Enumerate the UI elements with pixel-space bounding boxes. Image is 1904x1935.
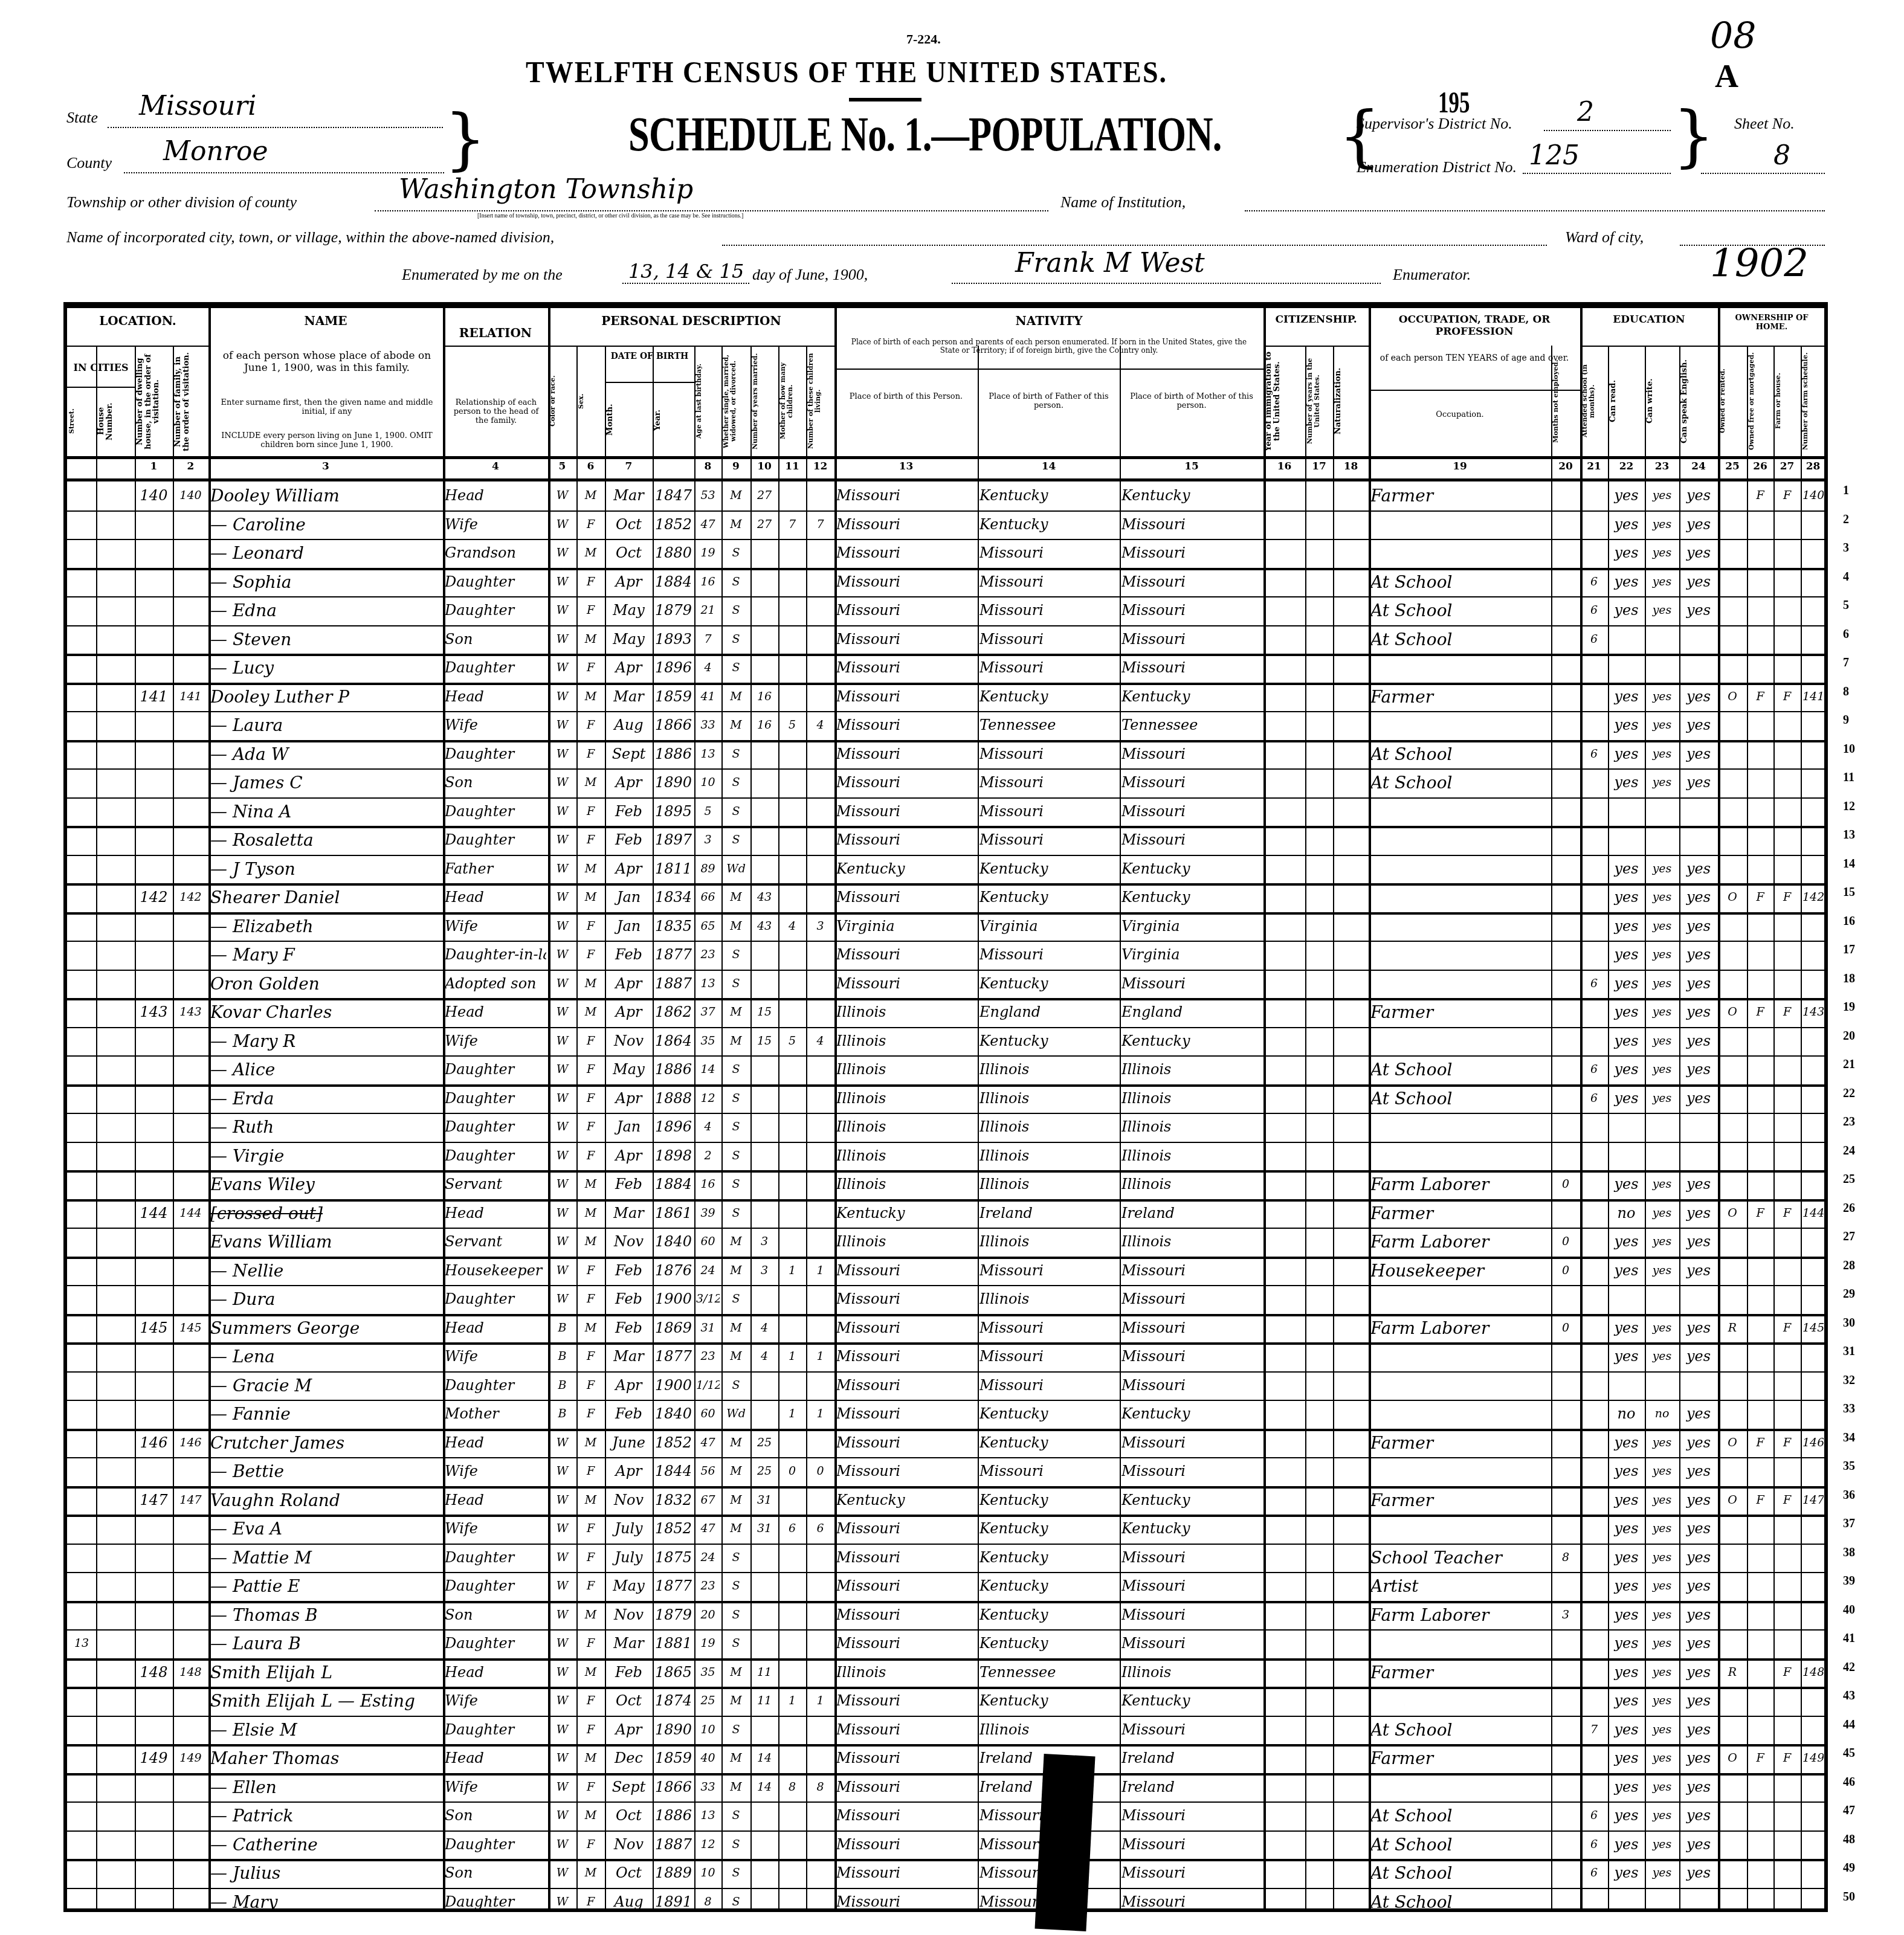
line-number: 1	[1843, 484, 1849, 498]
cell-write: yes	[1647, 1457, 1677, 1486]
cell-birth: Illinois	[836, 1055, 976, 1084]
cell-sex: F	[578, 1113, 603, 1141]
enumerated-suffix: day of June, 1900,	[752, 266, 868, 284]
cell-month: Feb	[607, 1658, 651, 1687]
line-number: 50	[1843, 1890, 1855, 1904]
cell-birth: Missouri	[836, 941, 976, 969]
cell-read: yes	[1610, 912, 1643, 941]
cell-house	[98, 941, 133, 969]
cell-birth: Missouri	[836, 1687, 976, 1715]
table-row: — BettieWifeWFApr184456M2500MissouriMiss…	[67, 1457, 1824, 1486]
cell-birth: Missouri	[836, 539, 976, 567]
cell-sched	[1802, 1544, 1824, 1572]
line-number: 5	[1843, 599, 1849, 613]
group-citizenship: CITIZENSHIP.	[1263, 314, 1369, 326]
cell-school: 6	[1582, 1055, 1606, 1084]
line-number: 15	[1843, 886, 1855, 900]
cell-father: Missouri	[979, 740, 1118, 768]
cell-yrs-us	[1307, 1429, 1331, 1457]
cell-family	[175, 1515, 207, 1543]
cell-age: 23	[696, 941, 720, 969]
cell-father: Missouri	[979, 1257, 1118, 1285]
cell-color: W	[550, 1170, 575, 1199]
cell-read: yes	[1610, 768, 1643, 797]
cell-age: 53	[696, 481, 720, 510]
cell-sex: M	[578, 1744, 603, 1772]
cell-free	[1749, 1170, 1772, 1199]
cell-sched: 145	[1802, 1314, 1824, 1342]
cell-owned	[1720, 797, 1745, 826]
cell-immig	[1265, 1716, 1303, 1744]
cell-family: 142	[175, 883, 207, 912]
cell-free	[1749, 1687, 1772, 1715]
cell-marital: S	[723, 1716, 749, 1744]
cell-owned	[1720, 568, 1745, 596]
cell-owned: O	[1720, 1429, 1745, 1457]
cell-read: yes	[1610, 1342, 1643, 1371]
cell-farm	[1775, 1170, 1799, 1199]
cell-natz	[1335, 654, 1367, 682]
cell-farm	[1775, 970, 1799, 998]
cell-yrs-married	[752, 1055, 776, 1084]
cell-mother-of	[780, 1486, 804, 1515]
column-label: House Number.	[97, 390, 134, 453]
cell-birth: Missouri	[836, 481, 976, 510]
cell-free	[1749, 1658, 1772, 1687]
cell-months	[1553, 1142, 1578, 1170]
cell-natz	[1335, 797, 1367, 826]
cell-free: F	[1749, 1429, 1772, 1457]
cell-living	[808, 654, 833, 682]
cell-birth: Missouri	[836, 1744, 976, 1772]
cell-living	[808, 1228, 833, 1256]
cell-farm	[1775, 1055, 1799, 1084]
cell-mother: Illinois	[1121, 1170, 1262, 1199]
cell-yrs-us	[1307, 1342, 1331, 1371]
cell-read: yes	[1610, 1773, 1643, 1801]
cell-read: no	[1610, 1199, 1643, 1228]
column-label: Sex.	[578, 349, 604, 453]
cell-name: Smith Elijah L	[210, 1658, 441, 1687]
table-row: — FannieMotherBFFeb184060Wd11MissouriKen…	[67, 1400, 1824, 1429]
cell-occupation: Farm Laborer	[1370, 1601, 1549, 1629]
cell-yrs-married	[752, 1400, 776, 1428]
cell-mother: Kentucky	[1121, 683, 1262, 711]
cell-dwelling	[137, 510, 171, 539]
cell-birth: Missouri	[836, 1400, 976, 1428]
cell-living	[808, 1744, 833, 1772]
cell-age: 13	[696, 970, 720, 998]
cell-color: W	[550, 1773, 575, 1801]
cell-mother-of	[780, 481, 804, 510]
cell-yrs-married: 3	[752, 1228, 776, 1256]
cell-marital: S	[723, 797, 749, 826]
cell-dwelling	[137, 539, 171, 567]
table-row: — J TysonFatherWMApr181189WdKentuckyKent…	[67, 855, 1824, 884]
cell-relation: Wife	[445, 1687, 546, 1715]
in-cities-rule	[67, 387, 135, 388]
cell-house	[98, 1170, 133, 1199]
cell-father: Illinois	[979, 1113, 1118, 1141]
cell-relation: Daughter-in-law	[445, 941, 546, 969]
cell-immig	[1265, 912, 1303, 941]
name-note-1: Enter surname first, then the given name…	[218, 399, 436, 417]
cell-age: 23	[696, 1342, 720, 1371]
table-row: — CarolineWifeWFOct185247M2777MissouriKe…	[67, 510, 1824, 539]
cell-month: Mar	[607, 1199, 651, 1228]
cell-age: 56	[696, 1457, 720, 1486]
cell-owned: O	[1720, 1199, 1745, 1228]
cell-color: W	[550, 1113, 575, 1141]
cell-read: yes	[1610, 1859, 1643, 1887]
cell-occupation: Artist	[1370, 1572, 1549, 1600]
cell-owned	[1720, 941, 1745, 969]
cell-yrs-us	[1307, 797, 1331, 826]
column-number: 1	[135, 460, 173, 472]
cell-dwelling	[137, 1055, 171, 1084]
cell-name: — Nellie	[210, 1257, 441, 1285]
cell-farm	[1775, 568, 1799, 596]
cell-sched	[1802, 855, 1824, 883]
cell-month: May	[607, 1572, 651, 1600]
cell-free: F	[1749, 1744, 1772, 1772]
cell-occupation	[1370, 1142, 1549, 1170]
cell-month: May	[607, 625, 651, 654]
cell-sex: F	[578, 1716, 603, 1744]
cell-sched	[1802, 1629, 1824, 1658]
cell-family	[175, 1687, 207, 1715]
cell-age: 33	[696, 711, 720, 739]
cell-yrs-us	[1307, 1314, 1331, 1342]
cell-dwelling	[137, 768, 171, 797]
cell-marital: Wd	[723, 1400, 749, 1428]
cell-living	[808, 1199, 833, 1228]
cell-english: yes	[1681, 1055, 1716, 1084]
cell-age: 60	[696, 1400, 720, 1428]
cell-yrs-married: 3	[752, 1257, 776, 1285]
cell-natz	[1335, 1773, 1367, 1801]
cell-yrs-married	[752, 1199, 776, 1228]
cell-family: 143	[175, 998, 207, 1026]
cell-street	[69, 740, 94, 768]
cell-mother-of	[780, 568, 804, 596]
cell-father: Missouri	[979, 768, 1118, 797]
cell-mother: Missouri	[1121, 1257, 1262, 1285]
line-number: 22	[1843, 1087, 1855, 1101]
cell-name: — James C	[210, 768, 441, 797]
cell-sex: F	[578, 1687, 603, 1715]
cell-month: Nov	[607, 1027, 651, 1055]
cell-living: 3	[808, 912, 833, 941]
cell-name: — Eva A	[210, 1515, 441, 1543]
cell-father: Kentucky	[979, 510, 1118, 539]
cell-sex: M	[578, 1170, 603, 1199]
cell-months	[1553, 1199, 1578, 1228]
cell-occupation: At School	[1370, 568, 1549, 596]
cell-house	[98, 1199, 133, 1228]
cell-street	[69, 1257, 94, 1285]
cell-english: yes	[1681, 1716, 1716, 1744]
line-number: 4	[1843, 570, 1849, 584]
cell-birth: Missouri	[836, 1716, 976, 1744]
cell-street	[69, 1199, 94, 1228]
cell-farm	[1775, 596, 1799, 625]
cell-marital: S	[723, 654, 749, 682]
cell-marital: S	[723, 1629, 749, 1658]
cell-farm	[1775, 1084, 1799, 1113]
cell-family	[175, 1113, 207, 1141]
cell-color: W	[550, 1429, 575, 1457]
cell-mother: Missouri	[1121, 625, 1262, 654]
cell-free	[1749, 1716, 1772, 1744]
cell-mother-of	[780, 1572, 804, 1600]
cell-yrs-married	[752, 596, 776, 625]
cell-school	[1582, 510, 1606, 539]
cell-month: May	[607, 596, 651, 625]
cell-living	[808, 1859, 833, 1887]
cell-occupation	[1370, 797, 1549, 826]
city-label: Name of incorporated city, town, or vill…	[66, 228, 554, 246]
cell-relation: Head	[445, 1429, 546, 1457]
table-row: Smith Elijah L — EstingWifeWFOct187425M1…	[67, 1687, 1824, 1716]
cell-house	[98, 1285, 133, 1313]
cell-sched	[1802, 1055, 1824, 1084]
cell-free	[1749, 1572, 1772, 1600]
cell-color: W	[550, 1687, 575, 1715]
cell-month: Feb	[607, 1400, 651, 1428]
cell-dwelling: 141	[137, 683, 171, 711]
cell-immig	[1265, 568, 1303, 596]
table-row: — Ada WDaughterWFSept188613SMissouriMiss…	[67, 740, 1824, 769]
cell-farm: F	[1775, 1744, 1799, 1772]
cell-free: F	[1749, 481, 1772, 510]
cell-family	[175, 797, 207, 826]
cell-birth: Illinois	[836, 1027, 976, 1055]
cell-family	[175, 1400, 207, 1428]
nativity-desc: Place of birth of each person and parent…	[841, 338, 1257, 355]
group-location: LOCATION.	[67, 314, 208, 328]
cell-english	[1681, 826, 1716, 854]
institution-underline	[1245, 210, 1825, 211]
cell-birth: Illinois	[836, 1228, 976, 1256]
cell-street	[69, 1371, 94, 1400]
cell-dwelling	[137, 740, 171, 768]
cell-english: yes	[1681, 510, 1716, 539]
cell-farm	[1775, 1544, 1799, 1572]
cell-english: yes	[1681, 1544, 1716, 1572]
cell-months	[1553, 1457, 1578, 1486]
cell-birth: Missouri	[836, 1285, 976, 1313]
cell-marital: S	[723, 1142, 749, 1170]
education-rule	[1580, 346, 1718, 347]
cell-dwelling	[137, 1572, 171, 1600]
cell-owned	[1720, 1801, 1745, 1830]
column-number: 3	[208, 460, 443, 472]
cell-yrs-us	[1307, 596, 1331, 625]
cell-name: — Elsie M	[210, 1716, 441, 1744]
cell-owned	[1720, 826, 1745, 854]
table-row: — LenaWifeBFMar187723M411MissouriMissour…	[67, 1342, 1824, 1371]
cell-read: yes	[1610, 1515, 1643, 1543]
line-number: 44	[1843, 1718, 1855, 1732]
cell-month: July	[607, 1515, 651, 1543]
cell-write: no	[1647, 1400, 1677, 1428]
cell-natz	[1335, 883, 1367, 912]
cell-age: 66	[696, 883, 720, 912]
cell-free	[1749, 1773, 1772, 1801]
cell-house	[98, 683, 133, 711]
cell-family: 145	[175, 1314, 207, 1342]
cell-age: 4	[696, 1113, 720, 1141]
cell-yrs-married	[752, 568, 776, 596]
table-row: 147147Vaughn RolandHeadWMNov183267M31Ken…	[67, 1486, 1824, 1515]
group-personal: PERSONAL DESCRIPTION	[548, 314, 834, 328]
cell-name: — Mary F	[210, 941, 441, 969]
cell-dwelling	[137, 1687, 171, 1715]
cell-birth: Missouri	[836, 1773, 976, 1801]
cell-relation: Daughter	[445, 1113, 546, 1141]
cell-farm	[1775, 654, 1799, 682]
cell-living: 0	[808, 1457, 833, 1486]
cell-street	[69, 1830, 94, 1859]
cell-sex: F	[578, 1457, 603, 1486]
cell-father: Tennessee	[979, 1658, 1118, 1687]
cell-father: Kentucky	[979, 1400, 1118, 1428]
cell-english: yes	[1681, 683, 1716, 711]
cell-relation: Servant	[445, 1170, 546, 1199]
cell-color: W	[550, 1888, 575, 1916]
cell-dwelling	[137, 855, 171, 883]
cell-color: W	[550, 1859, 575, 1887]
cell-read: no	[1610, 1400, 1643, 1428]
group-date-of-birth: DATE OF BIRTH	[605, 352, 694, 361]
cell-marital: S	[723, 1371, 749, 1400]
cell-read: yes	[1610, 1486, 1643, 1515]
cell-name: — Fannie	[210, 1400, 441, 1428]
cell-house	[98, 1113, 133, 1141]
cell-yrs-married: 4	[752, 1342, 776, 1371]
cell-months	[1553, 568, 1578, 596]
cell-mother: Missouri	[1121, 1716, 1262, 1744]
column-label: Year of immigration to the United States…	[1265, 349, 1304, 453]
cell-immig	[1265, 654, 1303, 682]
cell-owned	[1720, 1773, 1745, 1801]
cell-sex: F	[578, 1257, 603, 1285]
cell-sched	[1802, 654, 1824, 682]
cell-color: W	[550, 1601, 575, 1629]
cell-street	[69, 1486, 94, 1515]
cell-age: 39	[696, 1199, 720, 1228]
cell-free	[1749, 1544, 1772, 1572]
cell-read	[1610, 1142, 1643, 1170]
cell-write: yes	[1647, 1744, 1677, 1772]
cell-relation: Daughter	[445, 797, 546, 826]
cell-write: yes	[1647, 1257, 1677, 1285]
group-education: EDUCATION	[1580, 314, 1718, 326]
cell-dwelling: 148	[137, 1658, 171, 1687]
cell-living	[808, 1830, 833, 1859]
line-number: 29	[1843, 1287, 1855, 1301]
cell-mother: Missouri	[1121, 1601, 1262, 1629]
cell-year: 1887	[654, 970, 692, 998]
cell-street	[69, 1888, 94, 1916]
cell-natz	[1335, 1716, 1367, 1744]
cell-immig	[1265, 1629, 1303, 1658]
cell-free	[1749, 1888, 1772, 1916]
cell-read: yes	[1610, 1429, 1643, 1457]
cell-year: 1900	[654, 1285, 692, 1313]
cell-family	[175, 1457, 207, 1486]
column-label: Can speak English.	[1680, 349, 1717, 453]
cell-mother-of	[780, 625, 804, 654]
cell-sex: F	[578, 1773, 603, 1801]
cell-school	[1582, 826, 1606, 854]
cell-name: Vaughn Roland	[210, 1486, 441, 1515]
cell-sched: 140	[1802, 481, 1824, 510]
cell-father: Missouri	[979, 1371, 1118, 1400]
cell-mother: Missouri	[1121, 1314, 1262, 1342]
cell-free	[1749, 568, 1772, 596]
cell-yrs-married	[752, 1113, 776, 1141]
cell-relation: Head	[445, 1744, 546, 1772]
cell-sex: M	[578, 625, 603, 654]
cell-color: W	[550, 1285, 575, 1313]
cell-sex: M	[578, 1658, 603, 1687]
cell-relation: Wife	[445, 1515, 546, 1543]
cell-father: Kentucky	[979, 883, 1118, 912]
cell-month: July	[607, 1544, 651, 1572]
cell-name: Dooley William	[210, 481, 441, 510]
cell-yrs-married	[752, 539, 776, 567]
cell-marital: S	[723, 1170, 749, 1199]
cell-natz	[1335, 998, 1367, 1026]
cell-school	[1582, 941, 1606, 969]
cell-street	[69, 539, 94, 567]
column-number: 9	[721, 460, 750, 472]
cell-free	[1749, 596, 1772, 625]
cell-marital: M	[723, 1773, 749, 1801]
cell-farm	[1775, 1257, 1799, 1285]
cell-english: yes	[1681, 1744, 1716, 1772]
cell-mother: Kentucky	[1121, 855, 1262, 883]
cell-months	[1553, 711, 1578, 739]
cell-dwelling	[137, 568, 171, 596]
table-row: — PatrickSonWMOct188613SMissouriMissouri…	[67, 1801, 1824, 1830]
enumeration-value: 125	[1529, 140, 1580, 171]
cell-read: yes	[1610, 1601, 1643, 1629]
cell-month: Nov	[607, 1228, 651, 1256]
line-number: 41	[1843, 1632, 1855, 1646]
cell-english: yes	[1681, 481, 1716, 510]
cell-relation: Adopted son	[445, 970, 546, 998]
cell-age: 60	[696, 1228, 720, 1256]
cell-street	[69, 1027, 94, 1055]
cell-dwelling	[137, 1142, 171, 1170]
cell-natz	[1335, 1486, 1367, 1515]
cell-year: 1864	[654, 1027, 692, 1055]
cell-house	[98, 998, 133, 1026]
cell-free	[1749, 1142, 1772, 1170]
cell-natz	[1335, 1629, 1367, 1658]
cell-owned	[1720, 1601, 1745, 1629]
column-label: Owned or rented.	[1719, 349, 1746, 453]
cell-yrs-married: 31	[752, 1486, 776, 1515]
cell-farm	[1775, 1371, 1799, 1400]
cell-sex: F	[578, 1888, 603, 1916]
cell-month: Feb	[607, 826, 651, 854]
cell-occupation	[1370, 1457, 1549, 1486]
cell-month: Apr	[607, 768, 651, 797]
